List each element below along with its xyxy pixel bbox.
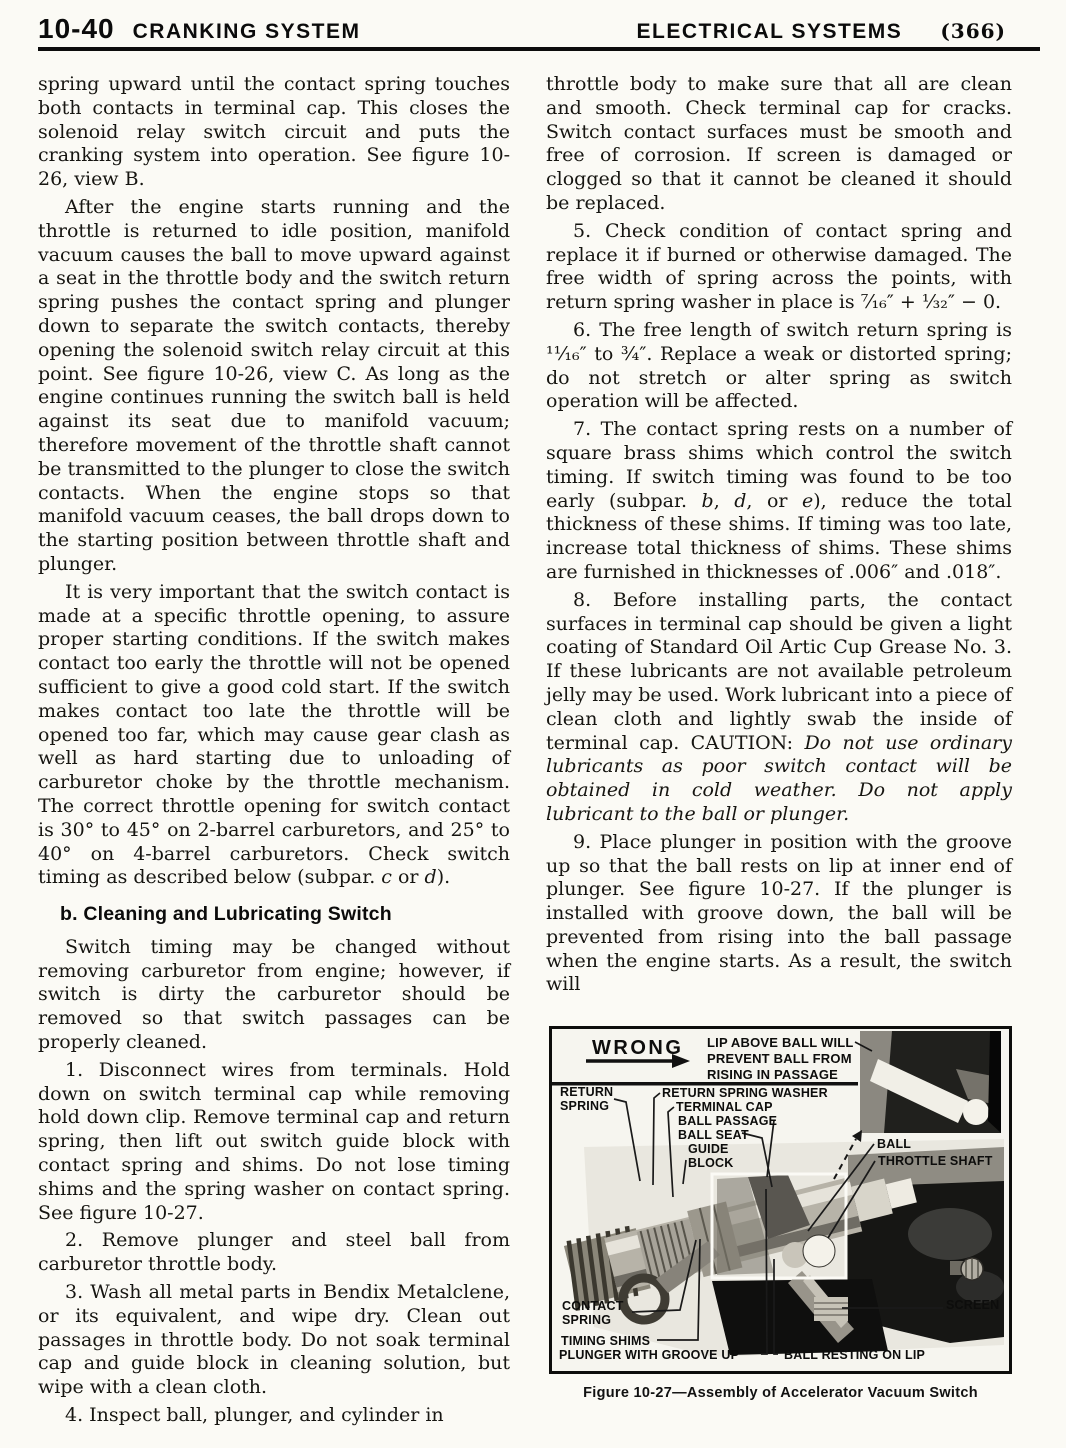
manual-page: 10-40 CRANKING SYSTEM ELECTRICAL SYSTEMS… [0, 0, 1066, 1448]
paragraph-switch-timing-change: Switch timing may be changed without rem… [38, 936, 510, 1055]
step-4: 4. Inspect ball, plunger, and cylinder i… [38, 1404, 510, 1428]
paragraph-engine-running: After the engine starts running and the … [38, 196, 510, 577]
step-9: 9. Place plunger in position with the gr… [546, 831, 1012, 998]
label-guide-block: GUIDE BLOCK [688, 1142, 740, 1171]
paragraph-continued-right: throttle body to make sure that all are … [546, 73, 1012, 216]
label-ball-seat: BALL SEAT [678, 1128, 749, 1142]
label-return-spring-washer: RETURN SPRING WASHER [662, 1086, 872, 1100]
label-ball-passage: BALL PASSAGE [678, 1114, 777, 1128]
label-screen: SCREEN [946, 1298, 999, 1312]
label-ball-resting-on-lip: BALL RESTING ON LIP [784, 1348, 925, 1362]
step-2: 2. Remove plunger and steel ball from ca… [38, 1229, 510, 1277]
left-column: spring upward until the contact spring t… [38, 73, 510, 1432]
inset-photo [860, 1031, 1001, 1133]
figure-caption: Figure 10-27—Assembly of Accelerator Vac… [549, 1385, 1012, 1401]
step-5: 5. Check condition of contact spring and… [546, 220, 1012, 315]
paragraph-continued: spring upward until the contact spring t… [38, 73, 510, 192]
step-6: 6. The free length of switch return spri… [546, 319, 1012, 414]
steel-ball [803, 1235, 835, 1267]
header-rule [38, 47, 1040, 51]
section-title-left: CRANKING SYSTEM [133, 20, 361, 44]
label-contact-spring: CONTACT SPRING [562, 1299, 634, 1328]
page-number: 10-40 [38, 13, 115, 45]
screen-mesh [814, 1297, 848, 1321]
label-wrong: WRONG [592, 1037, 683, 1060]
label-return-spring: RETURN SPRING [560, 1085, 620, 1114]
right-column: throttle body to make sure that all are … [546, 73, 1012, 1001]
step-7: 7. The contact spring rests on a number … [546, 418, 1012, 585]
step-3: 3. Wash all metal parts in Bendix Metalc… [38, 1281, 510, 1400]
label-plunger-with-groove-up: PLUNGER WITH GROOVE UP [559, 1348, 739, 1362]
page-reference: (366) [940, 19, 1006, 43]
label-terminal-cap: TERMINAL CAP [676, 1100, 773, 1114]
step-8: 8. Before installing parts, the contact … [546, 589, 1012, 827]
step-1: 1. Disconnect wires from terminals. Hold… [38, 1059, 510, 1226]
section-title-right: ELECTRICAL SYSTEMS [637, 20, 903, 44]
header-left: 10-40 CRANKING SYSTEM [38, 13, 360, 45]
paragraph-switch-timing-importance: It is very important that the switch con… [38, 581, 510, 890]
header-right: ELECTRICAL SYSTEMS (366) [637, 19, 1007, 44]
subheading-cleaning-lubricating: b. Cleaning and Lubricating Switch [60, 903, 510, 927]
label-throttle-shaft: THROTTLE SHAFT [878, 1154, 993, 1168]
figure-10-27: WRONG LIP ABOVE BALL WILL PREVENT BALL F… [549, 1026, 1012, 1374]
label-timing-shims: TIMING SHIMS [561, 1334, 650, 1348]
label-ball: BALL [877, 1137, 911, 1151]
page-header: 10-40 CRANKING SYSTEM ELECTRICAL SYSTEMS… [38, 13, 1040, 45]
label-lip-above-ball: LIP ABOVE BALL WILL PREVENT BALL FROM RI… [707, 1035, 875, 1083]
